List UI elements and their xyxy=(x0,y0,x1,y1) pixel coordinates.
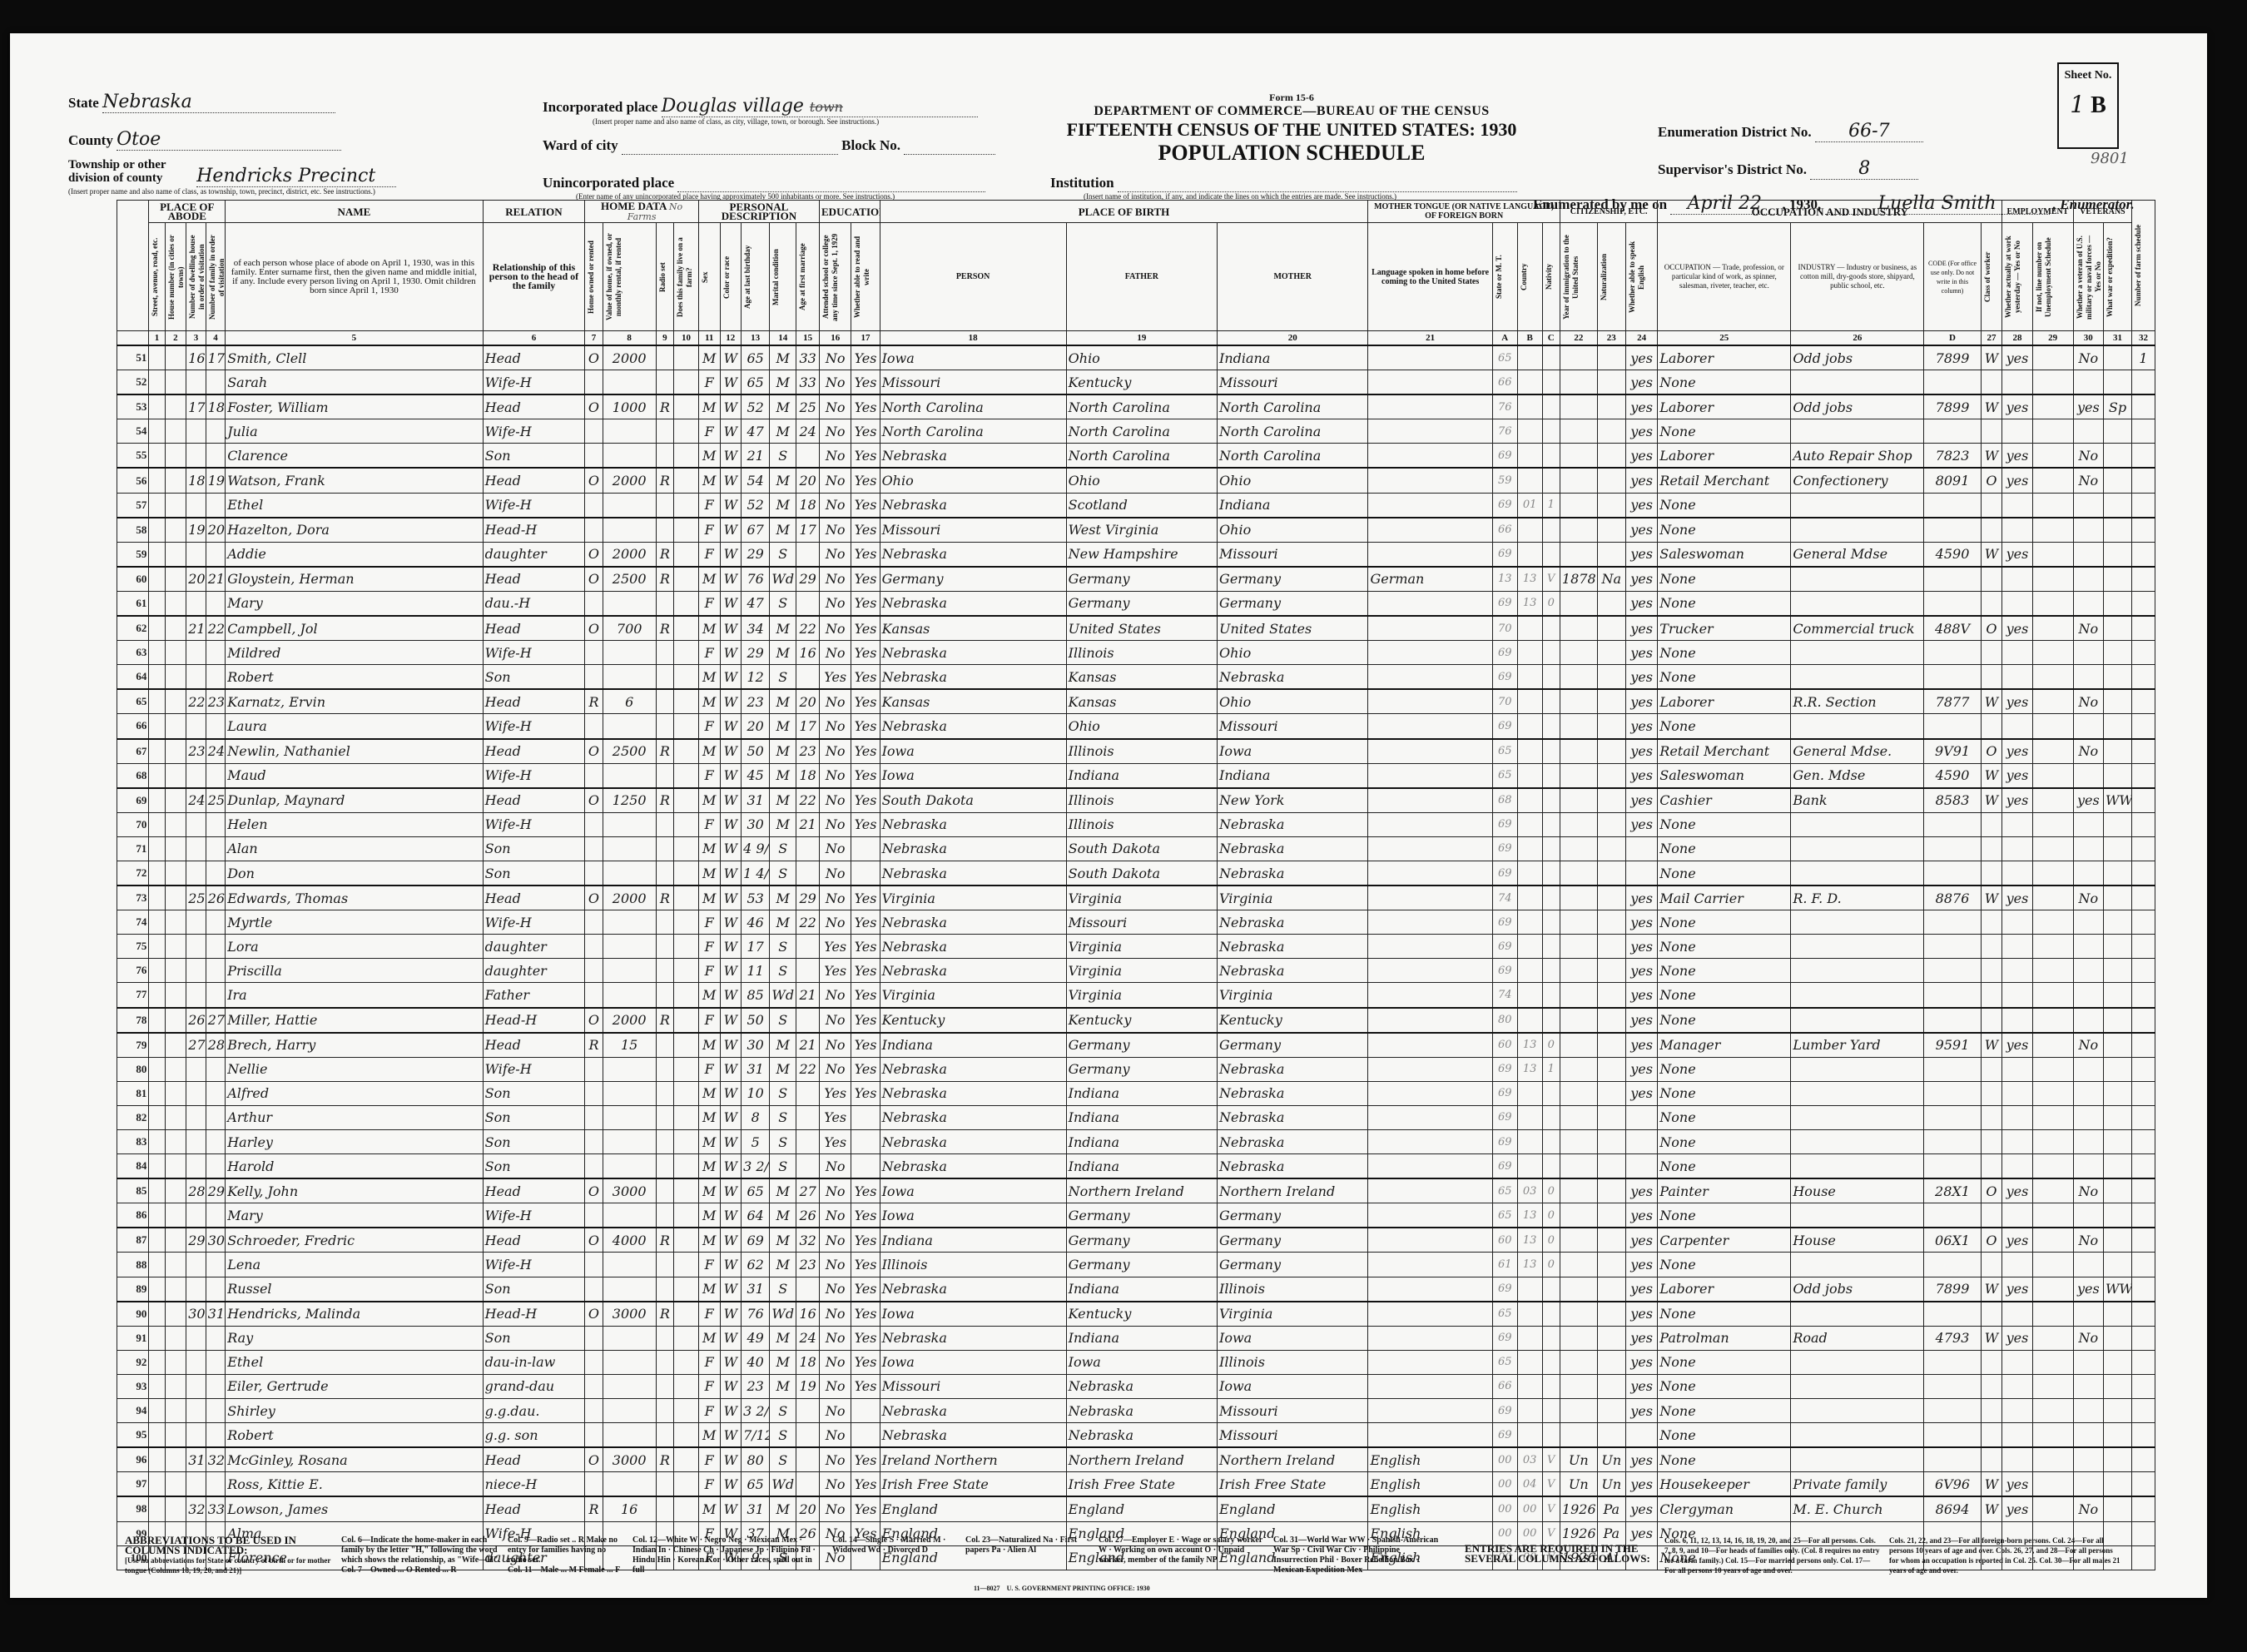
family-number xyxy=(206,591,226,616)
township-value: Hendricks Precinct xyxy=(196,166,396,187)
radio-set xyxy=(656,910,673,935)
unemployment-line xyxy=(2032,567,2073,592)
line-col-number xyxy=(117,331,149,346)
line-number: 55 xyxy=(117,444,149,469)
birthplace-father: Virginia xyxy=(1066,886,1217,910)
farm-schedule xyxy=(2132,1472,2155,1497)
class-of-worker: W xyxy=(1981,763,2002,788)
at-work xyxy=(2002,1081,2032,1105)
age-first-marriage: 23 xyxy=(796,739,820,764)
birthplace-father: Illinois xyxy=(1066,788,1217,813)
speaks-english: yes xyxy=(1625,518,1657,543)
class-of-worker: O xyxy=(1981,1228,2002,1253)
industry xyxy=(1791,1081,1924,1105)
birthplace-mother: Nebraska xyxy=(1218,935,1368,959)
house-number-cell xyxy=(165,419,186,444)
birthplace-mother: Indiana xyxy=(1218,763,1368,788)
home-value xyxy=(603,959,656,983)
class-of-worker xyxy=(1981,567,2002,592)
code-b xyxy=(1517,1130,1542,1154)
person-name: Smith, Clell xyxy=(226,345,483,370)
at-work xyxy=(2002,1423,2032,1448)
line-number: 67 xyxy=(117,739,149,764)
ward-label: Ward of city xyxy=(543,137,618,153)
house-number-cell xyxy=(165,983,186,1008)
birthplace-father: Ohio xyxy=(1066,714,1217,739)
line-number: 92 xyxy=(117,1350,149,1374)
col-family-label: Number of family in order of visitation xyxy=(208,231,226,323)
code-b: 01 xyxy=(1517,493,1542,518)
dwelling-number xyxy=(186,959,206,983)
age-first-marriage: 18 xyxy=(796,493,820,518)
industry: General Mdse. xyxy=(1791,739,1924,764)
occupation: None xyxy=(1658,983,1791,1008)
year-immigration: Un xyxy=(1560,1447,1597,1472)
street-cell xyxy=(149,641,165,665)
col-farm-header: Does this family live on a farm? xyxy=(674,223,699,331)
farm-family xyxy=(674,1302,699,1327)
veteran xyxy=(2073,935,2103,959)
class-of-worker: W xyxy=(1981,394,2002,419)
industry xyxy=(1791,567,1924,592)
at-work xyxy=(2002,812,2032,836)
code-b xyxy=(1517,1326,1542,1350)
read-write: Yes xyxy=(851,812,880,836)
col-immigration-header: Year of immigration to the United States xyxy=(1560,223,1597,331)
code-b xyxy=(1517,1399,1542,1423)
house-number-cell xyxy=(165,518,186,543)
age: 31 xyxy=(742,1057,770,1081)
family-number xyxy=(206,1350,226,1374)
class-of-worker xyxy=(1981,1374,2002,1398)
farm-schedule xyxy=(2132,836,2155,861)
attended-school: No xyxy=(820,1472,851,1497)
color-race: W xyxy=(720,910,742,935)
farm-family xyxy=(674,1350,699,1374)
code-b: 03 xyxy=(1517,1447,1542,1472)
birthplace-father: Germany xyxy=(1066,1057,1217,1081)
birthplace-person: Kansas xyxy=(880,689,1066,714)
family-number xyxy=(206,983,226,1008)
radio-set xyxy=(656,1496,673,1521)
column-number: 24 xyxy=(1625,331,1657,346)
age: 49 xyxy=(742,1326,770,1350)
home-owned-rented xyxy=(585,1154,603,1179)
veteran xyxy=(2073,641,2103,665)
attended-school: No xyxy=(820,1350,851,1374)
census-row: 97Ross, Kittie E.niece-HFW65WdNoYesIrish… xyxy=(117,1472,2180,1497)
naturalization: Un xyxy=(1597,1472,1625,1497)
person-name: Harold xyxy=(226,1154,483,1179)
age: 11 xyxy=(742,959,770,983)
relationship: Head xyxy=(483,1228,585,1253)
family-number: 22 xyxy=(206,616,226,641)
col-occupation-header: OCCUPATION — Trade, profession, or parti… xyxy=(1658,223,1791,331)
abbrev-col6-7: Col. 6—Indicate the home-maker in each f… xyxy=(341,1535,499,1575)
col-immigration-label: Year of immigration to the United States xyxy=(1562,231,1580,323)
sex: M xyxy=(698,1228,720,1253)
column-number: 7 xyxy=(585,331,603,346)
occupation-code: 4793 xyxy=(1924,1326,1981,1350)
col-name-header: of each person whose place of abode on A… xyxy=(226,223,483,331)
radio-set xyxy=(656,1130,673,1154)
occupation-code xyxy=(1924,1154,1981,1179)
dwelling-number: 25 xyxy=(186,886,206,910)
birthplace-father: New Hampshire xyxy=(1066,542,1217,567)
mother-tongue xyxy=(1368,1203,1492,1228)
code-a: 65 xyxy=(1492,763,1517,788)
farm-family xyxy=(674,910,699,935)
naturalization xyxy=(1597,836,1625,861)
birthplace-mother: Germany xyxy=(1218,1203,1368,1228)
county-label: County xyxy=(68,132,113,148)
age: 53 xyxy=(742,886,770,910)
marital-condition: S xyxy=(770,959,796,983)
color-race: W xyxy=(720,1033,742,1058)
house-number-cell xyxy=(165,1326,186,1350)
age: 12 xyxy=(742,665,770,690)
census-row: 55ClarenceSonMW21SNoYesNebraskaNorth Car… xyxy=(117,444,2180,469)
farm-family xyxy=(674,444,699,469)
speaks-english xyxy=(1625,1154,1657,1179)
occupation: Painter xyxy=(1658,1178,1791,1203)
farm-schedule xyxy=(2132,1399,2155,1423)
occupation: Laborer xyxy=(1658,1277,1791,1302)
birthplace-mother: Ohio xyxy=(1218,518,1368,543)
code-b xyxy=(1517,763,1542,788)
occupation-code xyxy=(1924,1374,1981,1398)
code-c xyxy=(1542,886,1560,910)
farm-family xyxy=(674,1447,699,1472)
age-first-marriage xyxy=(796,1105,820,1129)
class-of-worker xyxy=(1981,1081,2002,1105)
home-value xyxy=(603,935,656,959)
speaks-english: yes xyxy=(1625,616,1657,641)
col-birth-father-header: FATHER xyxy=(1066,223,1217,331)
line-number: 63 xyxy=(117,641,149,665)
year-immigration xyxy=(1560,1008,1597,1033)
year-immigration: 1878 xyxy=(1560,567,1597,592)
veteran xyxy=(2073,1302,2103,1327)
family-number xyxy=(206,1253,226,1277)
col-code-c-header: Nativity xyxy=(1542,223,1560,331)
year-immigration xyxy=(1560,1154,1597,1179)
farm-family xyxy=(674,689,699,714)
line-number: 88 xyxy=(117,1253,149,1277)
census-row: 63MildredWife-HFW29M16NoYesNebraskaIllin… xyxy=(117,641,2180,665)
family-number xyxy=(206,1277,226,1302)
home-value xyxy=(603,1105,656,1129)
age-first-marriage: 18 xyxy=(796,1350,820,1374)
color-race: W xyxy=(720,518,742,543)
code-c xyxy=(1542,983,1560,1008)
occupation: Trucker xyxy=(1658,616,1791,641)
family-number: 29 xyxy=(206,1178,226,1203)
year-immigration xyxy=(1560,763,1597,788)
birthplace-mother: North Carolina xyxy=(1218,419,1368,444)
column-number: 2 xyxy=(165,331,186,346)
industry: House xyxy=(1791,1228,1924,1253)
birthplace-father: Indiana xyxy=(1066,1081,1217,1105)
column-number: 27 xyxy=(1981,331,2002,346)
mother-tongue: English xyxy=(1368,1472,1492,1497)
occupation-code: 6V96 xyxy=(1924,1472,1981,1497)
read-write xyxy=(851,1399,880,1423)
war-expedition xyxy=(2103,714,2131,739)
col-class-worker-header: Class of worker xyxy=(1981,223,2002,331)
age-first-marriage: 16 xyxy=(796,641,820,665)
attended-school: No xyxy=(820,394,851,419)
home-value xyxy=(603,641,656,665)
marital-condition: M xyxy=(770,1350,796,1374)
sex: M xyxy=(698,444,720,469)
attended-school: No xyxy=(820,468,851,493)
person-name: Harley xyxy=(226,1130,483,1154)
incorporated-place-name: Douglas village xyxy=(662,96,804,117)
occupation: None xyxy=(1658,1203,1791,1228)
read-write: Yes xyxy=(851,1277,880,1302)
naturalization xyxy=(1597,1008,1625,1033)
sex: F xyxy=(698,1447,720,1472)
age-first-marriage: 18 xyxy=(796,763,820,788)
street-cell xyxy=(149,468,165,493)
speaks-english: yes xyxy=(1625,1472,1657,1497)
person-name: Arthur xyxy=(226,1105,483,1129)
code-c: V xyxy=(1542,567,1560,592)
read-write: Yes xyxy=(851,641,880,665)
color-race: W xyxy=(720,1350,742,1374)
war-expedition xyxy=(2103,1350,2131,1374)
person-name: Gloystein, Herman xyxy=(226,567,483,592)
code-a: 69 xyxy=(1492,1130,1517,1154)
speaks-english: yes xyxy=(1625,910,1657,935)
line-number: 68 xyxy=(117,763,149,788)
age-first-marriage: 25 xyxy=(796,394,820,419)
mother-tongue xyxy=(1368,493,1492,518)
class-of-worker: O xyxy=(1981,1178,2002,1203)
code-b: 13 xyxy=(1517,1203,1542,1228)
birthplace-person: Germany xyxy=(880,567,1066,592)
war-expedition xyxy=(2103,935,2131,959)
marital-condition: S xyxy=(770,861,796,886)
house-number-cell xyxy=(165,1130,186,1154)
age: 76 xyxy=(742,567,770,592)
column-number: 28 xyxy=(2002,331,2032,346)
color-race: W xyxy=(720,739,742,764)
occupation-code: 9V91 xyxy=(1924,739,1981,764)
industry xyxy=(1791,959,1924,983)
at-work: yes xyxy=(2002,616,2032,641)
street-cell xyxy=(149,518,165,543)
at-work: yes xyxy=(2002,1472,2032,1497)
relationship: Wife-H xyxy=(483,419,585,444)
column-number: 21 xyxy=(1368,331,1492,346)
relationship: Head xyxy=(483,1033,585,1058)
year-immigration xyxy=(1560,788,1597,813)
birthplace-father: Kentucky xyxy=(1066,370,1217,395)
relationship: Head xyxy=(483,567,585,592)
person-name: Hazelton, Dora xyxy=(226,518,483,543)
farm-schedule xyxy=(2132,788,2155,813)
code-b xyxy=(1517,419,1542,444)
marital-condition: S xyxy=(770,444,796,469)
birthplace-person: Indiana xyxy=(880,1228,1066,1253)
street-cell xyxy=(149,1423,165,1448)
dwelling-number: 30 xyxy=(186,1302,206,1327)
person-name: Dunlap, Maynard xyxy=(226,788,483,813)
sex: M xyxy=(698,1326,720,1350)
census-row: 82ArthurSonMW8SYesNebraskaIndianaNebrask… xyxy=(117,1105,2180,1129)
at-work xyxy=(2002,861,2032,886)
relationship: Son xyxy=(483,1081,585,1105)
at-work: yes xyxy=(2002,886,2032,910)
house-number-cell xyxy=(165,788,186,813)
person-name: Helen xyxy=(226,812,483,836)
relationship: Head xyxy=(483,886,585,910)
farm-schedule xyxy=(2132,394,2155,419)
supervisor-value: 8 xyxy=(1810,158,1918,180)
code-c xyxy=(1542,812,1560,836)
year-immigration xyxy=(1560,1277,1597,1302)
birthplace-person: Nebraska xyxy=(880,1423,1066,1448)
unemployment-line xyxy=(2032,1302,2073,1327)
home-owned-rented xyxy=(585,641,603,665)
dwelling-number xyxy=(186,1326,206,1350)
relationship: Wife-H xyxy=(483,641,585,665)
birthplace-mother: New York xyxy=(1218,788,1368,813)
relationship: Son xyxy=(483,665,585,690)
birthplace-person: Nebraska xyxy=(880,1277,1066,1302)
sex: M xyxy=(698,1423,720,1448)
col-birth-person-header: PERSON xyxy=(880,223,1066,331)
radio-set xyxy=(656,689,673,714)
dwelling-number xyxy=(186,1130,206,1154)
at-work: yes xyxy=(2002,444,2032,469)
speaks-english: yes xyxy=(1625,812,1657,836)
census-row: 903031Hendricks, MalindaHead-HO3000RFW76… xyxy=(117,1302,2180,1327)
age-first-marriage xyxy=(796,1008,820,1033)
home-value xyxy=(603,910,656,935)
col-age-header: Age at last birthday xyxy=(742,223,770,331)
unemployment-line xyxy=(2032,1350,2073,1374)
census-row: 92Etheldau-in-lawFW40M18NoYesIowaIowaIll… xyxy=(117,1350,2180,1374)
year-immigration xyxy=(1560,836,1597,861)
birthplace-mother: Germany xyxy=(1218,591,1368,616)
veteran: No xyxy=(2073,1178,2103,1203)
code-b xyxy=(1517,1277,1542,1302)
birthplace-person: Nebraska xyxy=(880,1105,1066,1129)
class-of-worker: W xyxy=(1981,1033,2002,1058)
code-c xyxy=(1542,1008,1560,1033)
veteran xyxy=(2073,518,2103,543)
radio-set xyxy=(656,812,673,836)
family-number xyxy=(206,370,226,395)
birthplace-mother: Germany xyxy=(1218,567,1368,592)
family-number xyxy=(206,1154,226,1179)
birthplace-person: Irish Free State xyxy=(880,1472,1066,1497)
farm-schedule xyxy=(2132,1008,2155,1033)
home-owned-rented xyxy=(585,861,603,886)
farm-schedule xyxy=(2132,567,2155,592)
unemployment-line xyxy=(2032,591,2073,616)
relationship: dau-in-law xyxy=(483,1350,585,1374)
veteran xyxy=(2073,812,2103,836)
speaks-english: yes xyxy=(1625,714,1657,739)
column-number: 19 xyxy=(1066,331,1217,346)
veteran: No xyxy=(2073,1033,2103,1058)
line-number: 89 xyxy=(117,1277,149,1302)
code-b xyxy=(1517,959,1542,983)
attended-school: No xyxy=(820,1496,851,1521)
read-write: Yes xyxy=(851,493,880,518)
radio-set: R xyxy=(656,788,673,813)
column-number: 29 xyxy=(2032,331,2073,346)
family-number xyxy=(206,1081,226,1105)
unemployment-line xyxy=(2032,1277,2073,1302)
place-of-birth-group: PLACE OF BIRTH xyxy=(880,201,1368,223)
name-group: NAME xyxy=(226,201,483,223)
naturalization xyxy=(1597,1130,1625,1154)
home-value xyxy=(603,1423,656,1448)
column-number: 9 xyxy=(656,331,673,346)
ed-label: Enumeration District No. xyxy=(1658,124,1812,140)
speaks-english: yes xyxy=(1625,1399,1657,1423)
year-immigration xyxy=(1560,1374,1597,1398)
family-number: 20 xyxy=(206,518,226,543)
col-age-marriage-label: Age at first marriage xyxy=(798,231,807,323)
unemployment-line xyxy=(2032,935,2073,959)
column-number: 5 xyxy=(226,331,483,346)
war-expedition xyxy=(2103,739,2131,764)
war-expedition xyxy=(2103,468,2131,493)
birthplace-father: Germany xyxy=(1066,591,1217,616)
birthplace-person: Iowa xyxy=(880,345,1066,370)
code-a: 69 xyxy=(1492,1423,1517,1448)
veteran xyxy=(2073,1350,2103,1374)
census-row: 61Marydau.-HFW47SNoYesNebraskaGermanyGer… xyxy=(117,591,2180,616)
farm-family xyxy=(674,1228,699,1253)
dwelling-number xyxy=(186,1472,206,1497)
home-value: 3000 xyxy=(603,1447,656,1472)
mother-tongue xyxy=(1368,665,1492,690)
street-cell xyxy=(149,861,165,886)
birthplace-father: Nebraska xyxy=(1066,1399,1217,1423)
sex: F xyxy=(698,1399,720,1423)
farm-family xyxy=(674,739,699,764)
code-a: 69 xyxy=(1492,910,1517,935)
census-row: 732526Edwards, ThomasHeadO2000RMW53M29No… xyxy=(117,886,2180,910)
age-first-marriage: 21 xyxy=(796,1033,820,1058)
mother-tongue xyxy=(1368,910,1492,935)
read-write: Yes xyxy=(851,1472,880,1497)
birthplace-mother: Iowa xyxy=(1218,739,1368,764)
naturalization xyxy=(1597,1033,1625,1058)
county-field: County Otoe xyxy=(68,129,341,151)
person-name: Maud xyxy=(226,763,483,788)
occupation: Laborer xyxy=(1658,394,1791,419)
color-race: W xyxy=(720,468,742,493)
occupation: None xyxy=(1658,861,1791,886)
birthplace-father: Northern Ireland xyxy=(1066,1447,1217,1472)
person-name: Watson, Frank xyxy=(226,468,483,493)
year-immigration xyxy=(1560,739,1597,764)
ward-field: Ward of city Block No. xyxy=(543,137,995,155)
attended-school: No xyxy=(820,1253,851,1277)
veteran xyxy=(2073,836,2103,861)
marital-condition: M xyxy=(770,1326,796,1350)
farm-family xyxy=(674,345,699,370)
war-expedition xyxy=(2103,983,2131,1008)
